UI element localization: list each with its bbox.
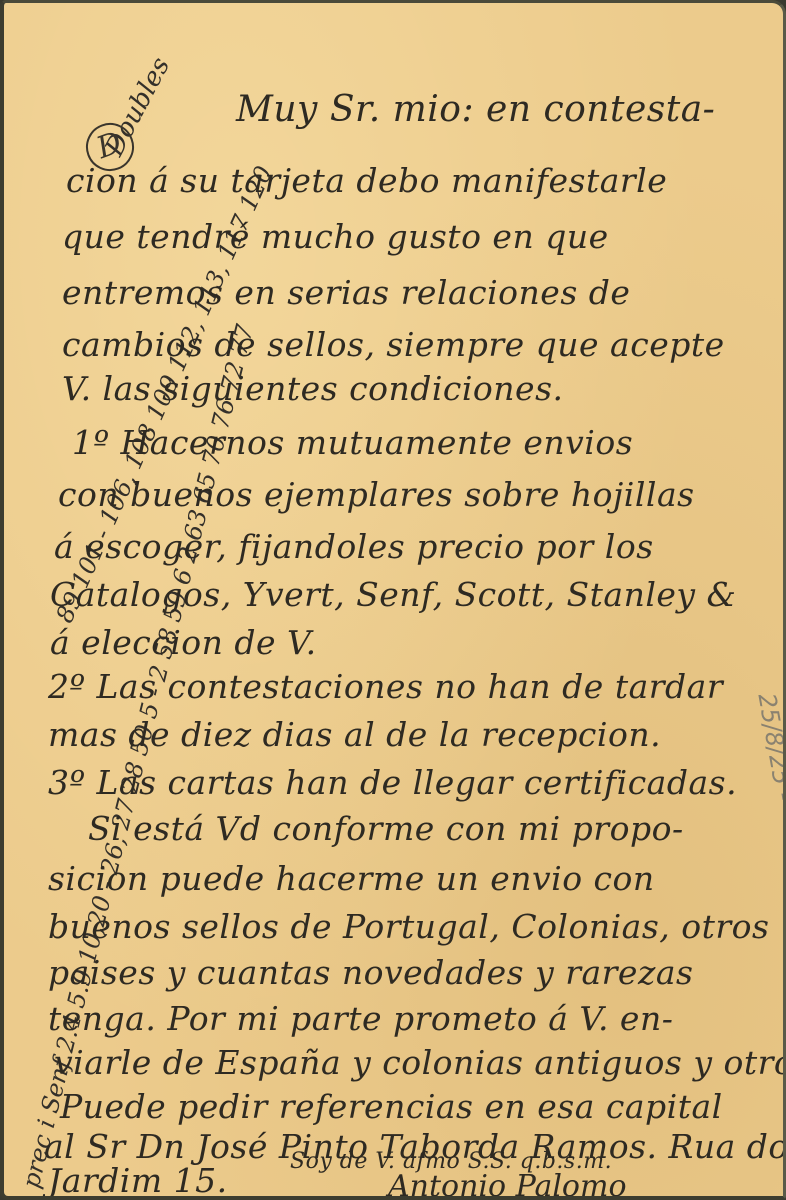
- letter-line: cambios de sellos, siempre que acepte: [62, 325, 725, 364]
- letter-line: entremos en serias relaciones de: [62, 273, 630, 312]
- letter-line: Catalogos, Yvert, Senf, Scott, Stanley &: [50, 575, 736, 614]
- postcard: prec i Senf 2.4 5.9 10,20 - 26, 27 28 50…: [0, 0, 786, 1200]
- letter-line: cion á su tarjeta debo manifestarle: [66, 161, 667, 200]
- letter-line: que tendré mucho gusto en que: [62, 217, 609, 256]
- letter-line: Puede pedir referencias en esa capital: [60, 1087, 723, 1126]
- letter-line: tenga. Por mi parte prometo á V. en-: [48, 999, 673, 1038]
- letter-line: Jardim 15.: [48, 1161, 228, 1200]
- letter-line: paises y cuantas novedades y rarezas: [48, 953, 693, 992]
- letter-line: con buenos ejemplares sobre hojillas: [58, 475, 695, 514]
- letter-line: V. las siguientes condiciones.: [62, 369, 564, 408]
- letter-line: viarle de España y colonias antiguos y o…: [54, 1043, 786, 1082]
- letter-line: Muy Sr. mio: en contesta-: [236, 89, 715, 130]
- letter-line: Si está Vd conforme con mi propo-: [88, 809, 684, 848]
- letter-line: á eleccion de V.: [50, 623, 317, 662]
- letter-line: 1º Hacernos mutuamente envios: [72, 423, 633, 462]
- signature: Antonio Palomo: [388, 1169, 627, 1200]
- letter-line: á escoger, fijandoles precio por los: [54, 527, 654, 566]
- letter-line: mas de diez dias al de la recepcion.: [48, 715, 661, 754]
- letter-line: sicion puede hacerme un envio con: [48, 859, 655, 898]
- letter-line: buenos sellos de Portugal, Colonias, otr…: [48, 907, 769, 946]
- letter-line: 2º Las contestaciones no han de tardar: [48, 667, 723, 706]
- letter-line: 3º Las cartas han de llegar certificadas…: [48, 763, 737, 802]
- pencil-date-note: 25/8/25 -: [752, 691, 786, 803]
